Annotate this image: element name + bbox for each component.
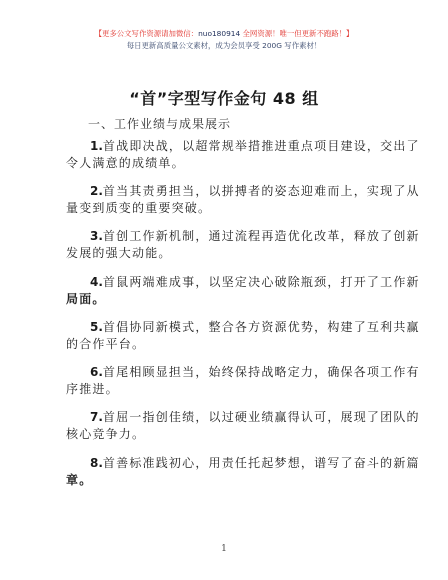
list-item-line-2: 量变到质变的重要突破。 — [66, 200, 384, 217]
list-item: 5.首倡协同新模式，整合各方资源优势，构建了互利共赢 的合作平台。 — [66, 319, 384, 353]
list-item-line-2: 令人满意的成绩单。 — [66, 155, 384, 172]
list-item-number: 2. — [90, 184, 103, 198]
list-item-number: 6. — [90, 365, 103, 379]
list-item-line-2: 的合作平台。 — [66, 336, 384, 353]
page-number: 1 — [0, 544, 448, 554]
list-item-line-1: 5.首倡协同新模式，整合各方资源优势，构建了互利共赢 — [66, 319, 384, 336]
list-item-line-2: 章。 — [66, 472, 384, 489]
list-item-number: 8. — [90, 456, 103, 470]
list-item: 1.首战即决战，以超常规举措推进重点项目建设，交出了 令人满意的成绩单。 — [66, 138, 384, 172]
list-item-number: 1. — [90, 139, 103, 153]
list-item-line-2: 发展的强大动能。 — [66, 245, 384, 262]
promo-banner-line-2: 每日更新高质量公文素材，成为会员享受 200G 写作素材！ — [0, 41, 448, 51]
list-item-line-2: 核心竞争力。 — [66, 426, 384, 443]
list-item-number: 7. — [90, 410, 103, 424]
list-item: 4.首鼠两端难成事，以坚定决心破除瓶颈，打开了工作新 局面。 — [66, 274, 384, 308]
list-item: 2.首当其责勇担当，以拼搏者的姿态迎难而上，实现了从 量变到质变的重要突破。 — [66, 183, 384, 217]
list-item-line-2: 序推进。 — [66, 381, 384, 398]
promo-banner-line-1: 【更多公文写作资源请加微信：nuo180914 全网资源！唯一但更新不跑路！】 — [0, 29, 448, 39]
list-item-number: 4. — [90, 275, 103, 289]
list-item-line-1: 1.首战即决战，以超常规举措推进重点项目建设，交出了 — [66, 138, 384, 155]
list-item-line-1: 6.首尾相顾显担当，始终保持战略定力，确保各项工作有 — [66, 364, 384, 381]
list-item-line-1: 7.首屈一指创佳绩，以过硬业绩赢得认可，展现了团队的 — [66, 409, 384, 426]
document-title: “首”字型写作金句 48 组 — [0, 86, 448, 109]
list-item-number: 5. — [90, 320, 103, 334]
list-item-number: 3. — [90, 229, 103, 243]
list-item-line-1: 3.首创工作新机制，通过流程再造优化改革，释放了创新 — [66, 228, 384, 245]
list-item: 7.首屈一指创佳绩，以过硬业绩赢得认可，展现了团队的 核心竞争力。 — [66, 409, 384, 443]
list-item-line-1: 4.首鼠两端难成事，以坚定决心破除瓶颈，打开了工作新 — [66, 274, 384, 291]
promo-banner-prefix: 【更多公文写作资源请加微信： — [95, 29, 198, 38]
list-item-line-2: 局面。 — [66, 291, 384, 308]
list-item-line-1: 8.首善标准践初心，用责任托起梦想，谱写了奋斗的新篇 — [66, 455, 384, 472]
list-item: 3.首创工作新机制，通过流程再造优化改革，释放了创新 发展的强大动能。 — [66, 228, 384, 262]
list-item-line-1: 2.首当其责勇担当，以拼搏者的姿态迎难而上，实现了从 — [66, 183, 384, 200]
list-item: 6.首尾相顾显担当，始终保持战略定力，确保各项工作有 序推进。 — [66, 364, 384, 398]
wechat-id: nuo180914 — [198, 29, 240, 38]
promo-banner-suffix: 全网资源！唯一但更新不跑路！】 — [240, 29, 353, 38]
section-heading: 一、工作业绩与成果展示 — [88, 115, 231, 132]
list-item: 8.首善标准践初心，用责任托起梦想，谱写了奋斗的新篇 章。 — [66, 455, 384, 489]
